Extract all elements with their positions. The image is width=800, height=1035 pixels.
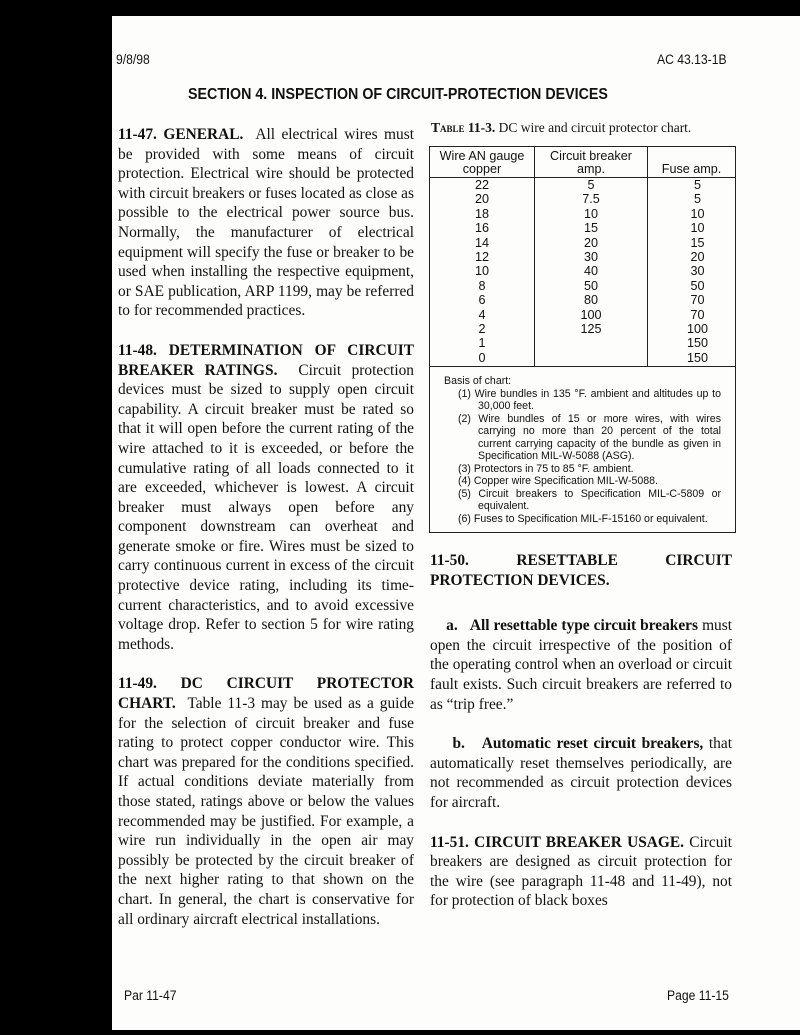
cell-wire-gauge: 1	[430, 336, 535, 350]
footer-paragraph-ref: Par 11-47	[124, 988, 176, 1003]
table-row: 2125100	[430, 322, 735, 336]
right-column: 11-50. RESETTABLE CIRCUIT PROTECTION DEV…	[430, 551, 732, 931]
cell-circuit-breaker	[535, 351, 648, 366]
cell-wire-gauge: 10	[430, 264, 535, 278]
cell-wire-gauge: 6	[430, 293, 535, 307]
paragraph-heading: 11-51. CIRCUIT BREAKER USAGE.	[430, 834, 684, 851]
paragraph-11-50-heading: 11-50. RESETTABLE CIRCUIT PROTECTION DEV…	[430, 551, 732, 590]
paragraph-text: Table 11-3 may be used as a guide for th…	[118, 695, 414, 928]
column-header-wire-gauge: Wire AN gauge copper	[430, 147, 535, 178]
cell-wire-gauge: 4	[430, 308, 535, 322]
cell-wire-gauge: 2	[430, 322, 535, 336]
table-header-row: Wire AN gauge copper Circuit breaker amp…	[430, 147, 735, 178]
cell-fuse: 70	[648, 293, 736, 307]
cell-circuit-breaker: 30	[535, 250, 648, 264]
table-row: 410070	[430, 308, 735, 322]
column-header-fuse: Fuse amp.	[648, 147, 736, 178]
paragraph-11-48: 11-48. DETERMINATION OF CIRCUIT BREAKER …	[118, 341, 414, 655]
subparagraph-heading: Automatic reset circuit breakers,	[482, 735, 704, 752]
cell-wire-gauge: 12	[430, 250, 535, 264]
table-row: 142015	[430, 236, 735, 250]
cell-fuse: 30	[648, 264, 736, 278]
paragraph-11-47: 11-47. GENERAL. All electrical wires mus…	[118, 125, 414, 321]
header-document-id: AC 43.13-1B	[657, 52, 727, 67]
note-item: (5) Circuit breakers to Specification MI…	[444, 488, 721, 513]
note-item: (4) Copper wire Specification MIL-W-5088…	[444, 475, 721, 488]
cell-wire-gauge: 18	[430, 207, 535, 221]
cell-wire-gauge: 8	[430, 279, 535, 293]
cell-fuse: 150	[648, 351, 736, 366]
cell-circuit-breaker: 5	[535, 178, 648, 193]
paragraph-heading: 11-47. GENERAL.	[118, 126, 243, 143]
paragraph-11-51: 11-51. CIRCUIT BREAKER USAGE. Circuit br…	[430, 833, 732, 911]
cell-circuit-breaker: 40	[535, 264, 648, 278]
footer-page-number: Page 11-15	[667, 988, 729, 1003]
cell-circuit-breaker: 50	[535, 279, 648, 293]
note-item: (1) Wire bundles in 135 °F. ambient and …	[444, 388, 721, 413]
note-item: (3) Protectors in 75 to 85 °F. ambient.	[444, 463, 721, 476]
note-item: (6) Fuses to Specification MIL-F-15160 o…	[444, 513, 721, 526]
cell-fuse: 5	[648, 192, 736, 206]
cell-fuse: 70	[648, 308, 736, 322]
cell-circuit-breaker: 125	[535, 322, 648, 336]
cell-circuit-breaker: 80	[535, 293, 648, 307]
paragraph-11-50-b: b. Automatic reset circuit breakers, tha…	[430, 734, 732, 812]
section-title: SECTION 4. INSPECTION OF CIRCUIT-PROTECT…	[188, 86, 608, 104]
paragraph-heading: 11-50. RESETTABLE CIRCUIT PROTECTION DEV…	[430, 552, 732, 589]
left-column: 11-47. GENERAL. All electrical wires mus…	[118, 125, 414, 949]
table-row: 2255	[430, 178, 735, 193]
paragraph-11-50-a: a. All resettable type circuit breakers …	[430, 616, 732, 714]
cell-fuse: 10	[648, 221, 736, 235]
table-caption: Table 11-3. DC wire and circuit protecto…	[431, 120, 691, 136]
notes-title: Basis of chart:	[444, 375, 721, 388]
cell-circuit-breaker	[535, 336, 648, 350]
column-header-circuit-breaker: Circuit breaker amp.	[535, 147, 648, 178]
document-page: 9/8/98 AC 43.13-1B SECTION 4. INSPECTION…	[112, 16, 800, 1030]
table-row: 85050	[430, 279, 735, 293]
cell-circuit-breaker: 20	[535, 236, 648, 250]
note-item: (2) Wire bundles of 15 or more wires, wi…	[444, 413, 721, 463]
cell-fuse: 50	[648, 279, 736, 293]
cell-circuit-breaker: 100	[535, 308, 648, 322]
cell-fuse: 150	[648, 336, 736, 350]
table-row: 1150	[430, 336, 735, 350]
cell-wire-gauge: 0	[430, 351, 535, 366]
table-row: 161510	[430, 221, 735, 235]
subparagraph-label: a.	[446, 617, 458, 634]
paragraph-text: Circuit protection devices must be sized…	[118, 362, 414, 653]
table-caption-text: DC wire and circuit protector chart.	[499, 120, 692, 135]
table-row: 0150	[430, 351, 735, 366]
table-notes: Basis of chart: (1) Wire bundles in 135 …	[430, 366, 735, 525]
paragraph-11-49: 11-49. DC CIRCUIT PROTECTOR CHART. Table…	[118, 674, 414, 929]
cell-circuit-breaker: 7.5	[535, 192, 648, 206]
cell-fuse: 100	[648, 322, 736, 336]
cell-wire-gauge: 22	[430, 178, 535, 193]
cell-fuse: 20	[648, 250, 736, 264]
cell-circuit-breaker: 15	[535, 221, 648, 235]
table-row: 104030	[430, 264, 735, 278]
table-row: 181010	[430, 207, 735, 221]
subparagraph-label: b.	[452, 735, 464, 752]
paragraph-text: All electrical wires must be provided wi…	[118, 126, 414, 319]
cell-fuse: 10	[648, 207, 736, 221]
subparagraph-heading: All resettable type circuit breakers	[470, 617, 698, 634]
table-caption-label: Table 11-3.	[431, 120, 495, 135]
cell-fuse: 15	[648, 236, 736, 250]
cell-wire-gauge: 14	[430, 236, 535, 250]
table-row: 207.55	[430, 192, 735, 206]
dc-wire-circuit-protector-table: Wire AN gauge copper Circuit breaker amp…	[429, 146, 736, 533]
cell-wire-gauge: 20	[430, 192, 535, 206]
cell-fuse: 5	[648, 178, 736, 193]
table-row: 123020	[430, 250, 735, 264]
cell-circuit-breaker: 10	[535, 207, 648, 221]
cell-wire-gauge: 16	[430, 221, 535, 235]
header-date: 9/8/98	[116, 52, 150, 67]
table-row: 68070	[430, 293, 735, 307]
